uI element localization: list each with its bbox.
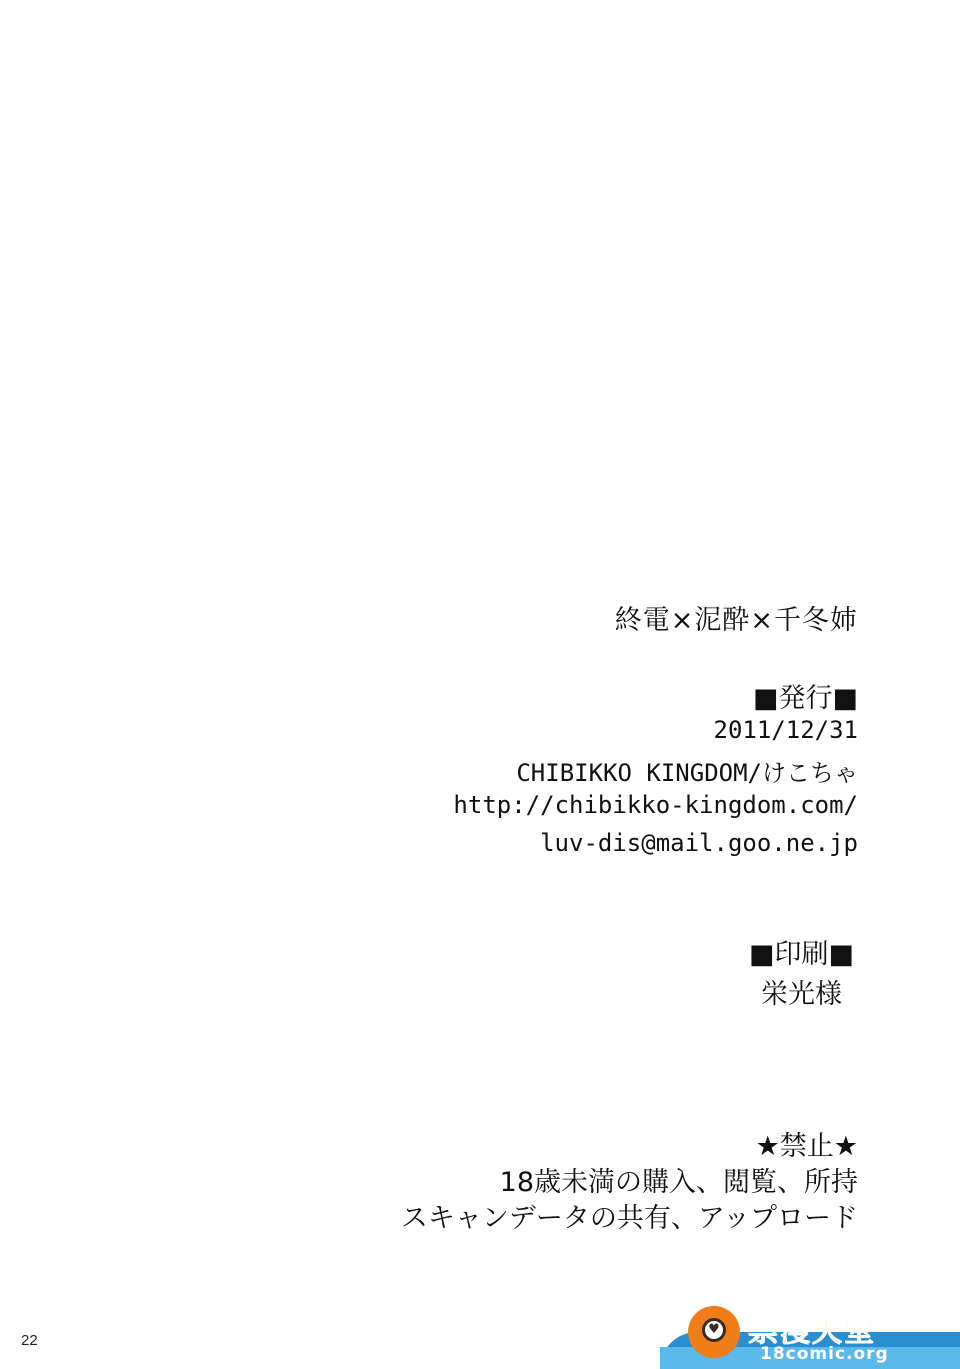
circle-name: CHIBIKKO KINGDOM/けこちゃ bbox=[516, 753, 858, 788]
website-url: http://chibikko-kingdom.com/ bbox=[453, 791, 858, 819]
printer-name: 栄光様 bbox=[761, 972, 842, 1011]
prohibition-line-2: スキャンデータの共有、アップロード bbox=[401, 1196, 858, 1235]
heart-icon: ♥ bbox=[702, 1318, 726, 1342]
whale-mascot-icon: ♥ bbox=[688, 1306, 740, 1358]
watermark-url: 18comic.org bbox=[760, 1344, 889, 1364]
publication-heading: ■発行■ bbox=[753, 676, 858, 715]
email-address: luv-dis@mail.goo.ne.jp bbox=[540, 829, 858, 857]
watermark-logo: ♥ 禁漫天堂 18comic.org bbox=[660, 1302, 960, 1369]
prohibition-line-1: 18歳未満の購入、閲覧、所持 bbox=[500, 1160, 858, 1199]
printing-heading: ■印刷■ bbox=[749, 932, 854, 971]
page-number: 22 bbox=[21, 1332, 38, 1349]
book-title: 終電×泥酔×千冬姉 bbox=[615, 598, 858, 637]
prohibition-heading: ★禁止★ bbox=[756, 1124, 858, 1163]
publication-date: 2011/12/31 bbox=[714, 716, 859, 744]
